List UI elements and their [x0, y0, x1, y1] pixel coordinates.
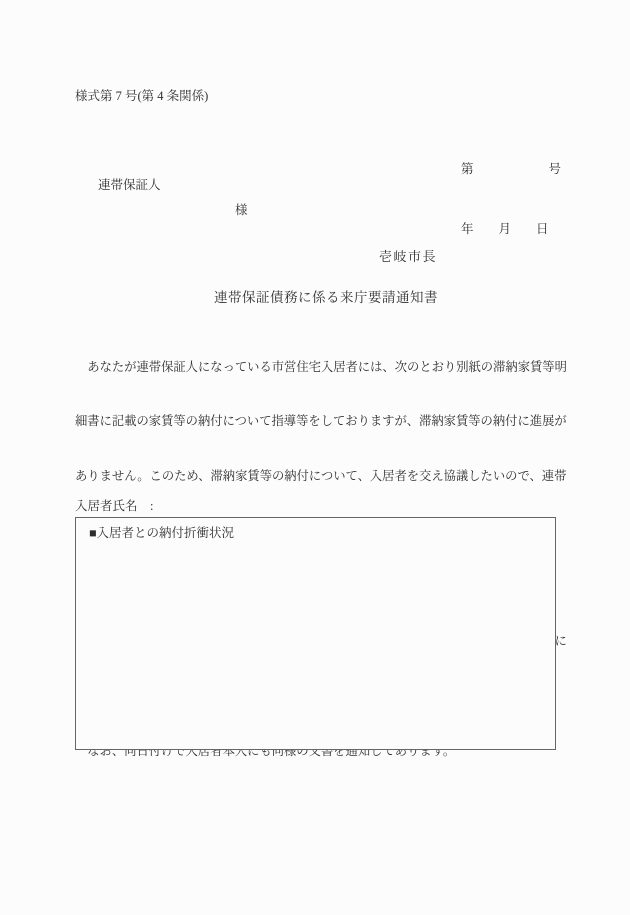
sender-mayor-label: 壱岐市長 [379, 246, 437, 265]
tenant-name-label: 入居者氏名 : [75, 496, 153, 514]
body-line: あなたが連帯保証人になっている市営住宅入居者には、次のとおり別紙の滞納家賃等明 [75, 358, 557, 376]
doc-meta-block: 第 号 年 月 日 [461, 119, 561, 279]
document-page: 様式第 7 号(第 4 条関係) 第 号 年 月 日 連帯保証人 様 壱岐市長 … [0, 0, 630, 915]
form-number-label: 様式第 7 号(第 4 条関係) [75, 86, 208, 104]
guarantor-label: 連帯保証人 [98, 175, 161, 193]
doc-date-line: 年 月 日 [461, 219, 561, 239]
body-line: ありません。このため、滞納家賃等の納付について、入居者を交え協議したいので、連帯 [75, 467, 557, 485]
body-line: 細書に記載の家賃等の納付について指導等をしておりますが、滞納家賃等の納付に進展が [75, 412, 557, 430]
negotiation-status-box: ■入居者との納付折衝状況 [75, 517, 556, 750]
document-title: 連帯保証債務に係る来庁要請通知書 [75, 286, 577, 306]
doc-number-line: 第 号 [461, 159, 561, 179]
negotiation-status-heading: ■入居者との納付折衝状況 [89, 523, 234, 541]
honorific-label: 様 [235, 200, 248, 218]
